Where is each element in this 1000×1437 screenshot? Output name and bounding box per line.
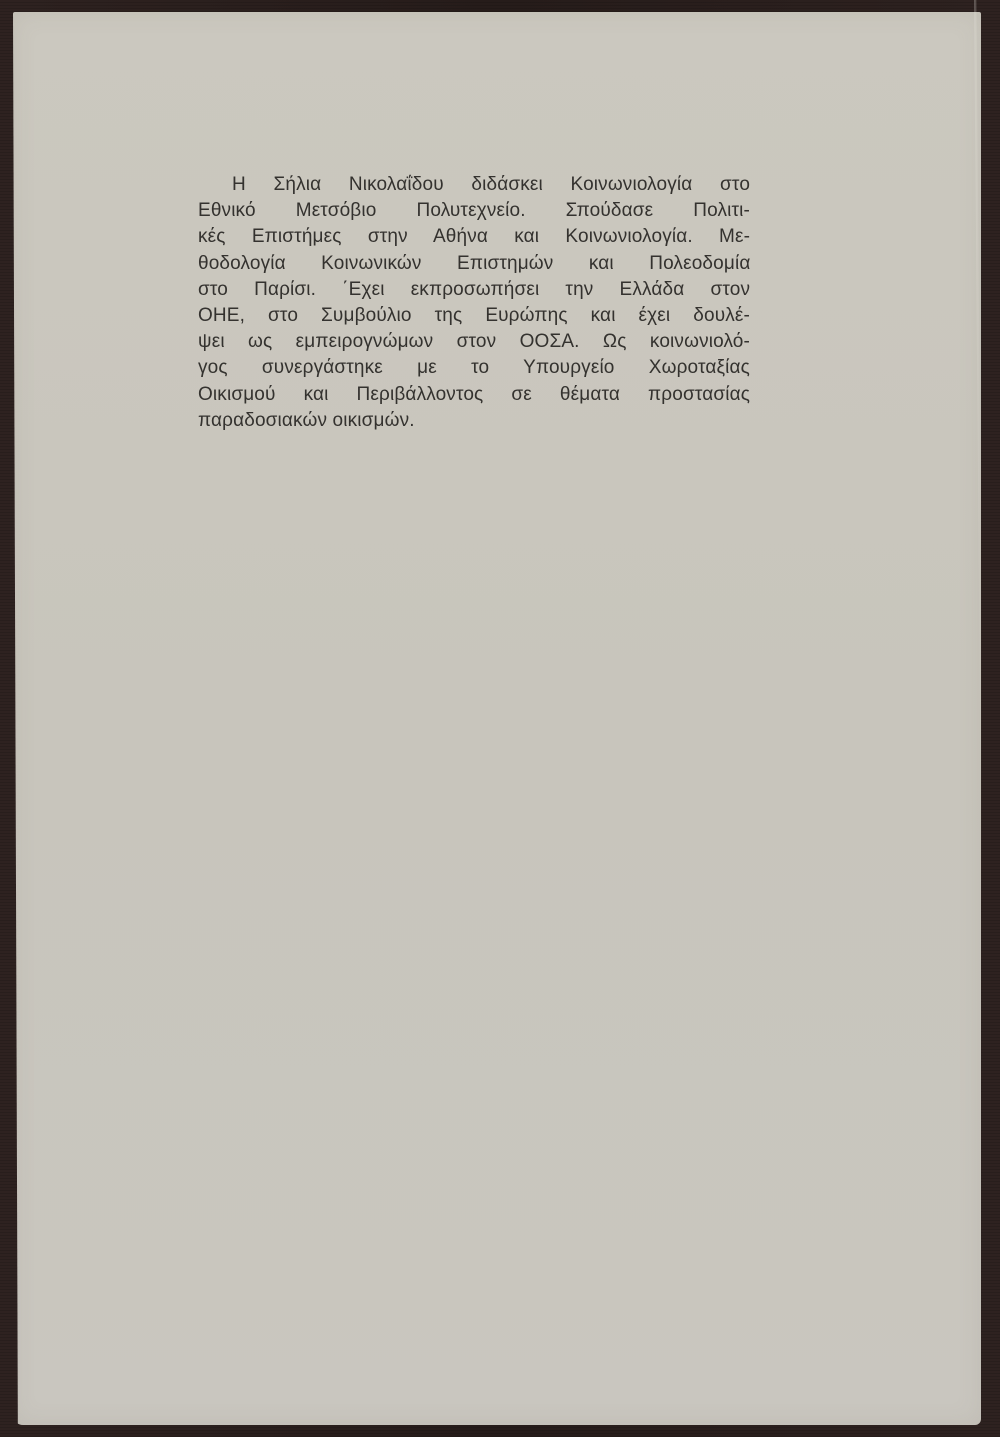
bio-line: θοδολογία Κοινωνικών Επιστημών και Πολεο…	[198, 251, 750, 277]
bio-line: Εθνικό Μετσόβιο Πολυτεχνείο. Σπούδασε Πο…	[198, 198, 750, 224]
bio-line: παραδοσιακών οικισμών.	[198, 408, 750, 434]
bio-line: γος συνεργάστηκε με το Υπουργείο Χωροταξ…	[198, 355, 750, 381]
bio-line: Οικισμού και Περιβάλλοντος σε θέματα προ…	[198, 382, 750, 408]
author-bio-paragraph: Η Σήλια Νικολαΐδου διδάσκει Κοινωνιολογί…	[198, 172, 750, 434]
bio-line: στο Παρίσι. ΄Εχει εκπροσωπήσει την Ελλάδ…	[198, 277, 750, 303]
bio-line: ΟΗΕ, στο Συμβούλιο της Ευρώπης και έχει …	[198, 303, 750, 329]
bio-line: κές Επιστήμες στην Αθήνα και Κοινωνιολογ…	[198, 224, 750, 250]
bio-line: Η Σήλια Νικολαΐδου διδάσκει Κοινωνιολογί…	[198, 172, 750, 198]
bio-line: ψει ως εμπειρογνώμων στον ΟΟΣΑ. Ως κοινω…	[198, 329, 750, 355]
